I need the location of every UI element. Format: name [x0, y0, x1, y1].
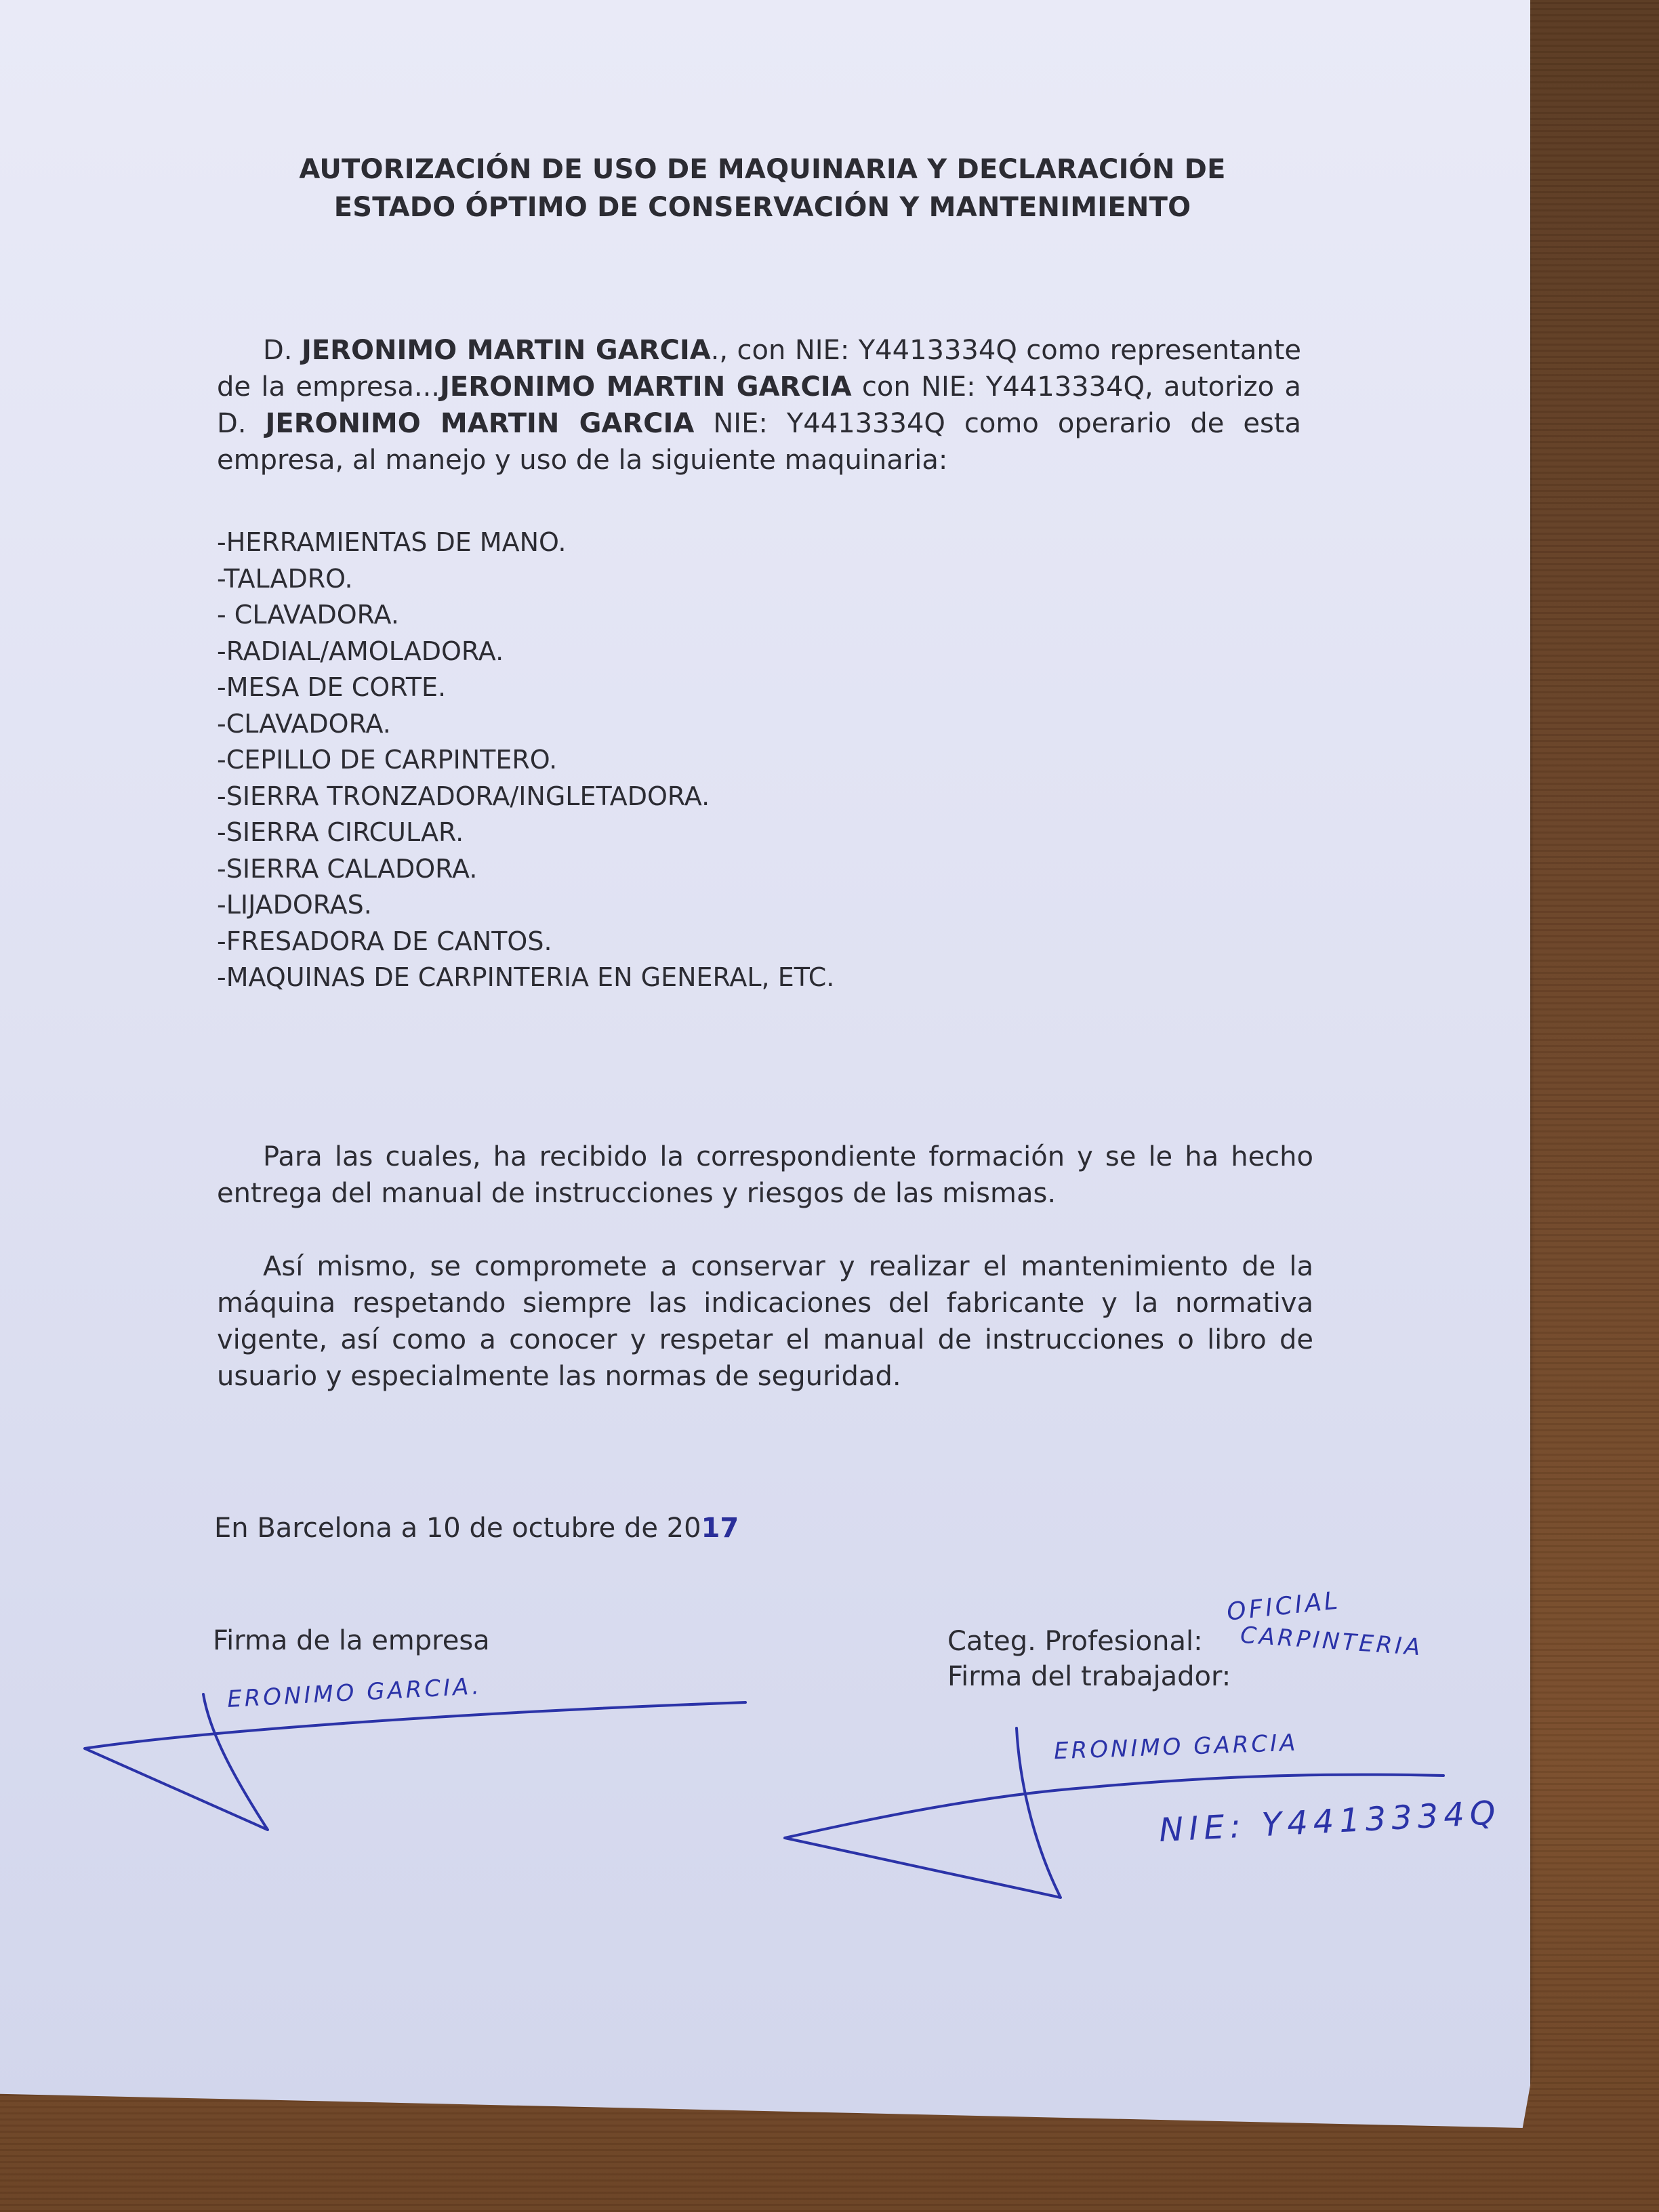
company-name: JERONIMO MARTIN GARCIA	[440, 371, 852, 403]
machinery-item: -FRESADORA DE CANTOS.	[217, 924, 834, 960]
maintenance-paragraph: Así mismo, se compromete a conservar y r…	[217, 1248, 1313, 1395]
training-paragraph: Para las cuales, ha recibido la correspo…	[217, 1139, 1313, 1212]
representative-name: JERONIMO MARTIN GARCIA	[302, 335, 711, 366]
date-printed: En Barcelona a 10 de octubre de 20	[214, 1513, 701, 1544]
machinery-item: -TALADRO.	[217, 561, 834, 598]
machinery-item: -MAQUINAS DE CARPINTERIA EN GENERAL, ETC…	[217, 960, 834, 996]
operator-name: JERONIMO MARTIN GARCIA	[266, 408, 695, 439]
title-line-1: AUTORIZACIÓN DE USO DE MAQUINARIA Y DECL…	[203, 150, 1322, 188]
title-line-2: ESTADO ÓPTIMO DE CONSERVACIÓN Y MANTENIM…	[203, 188, 1322, 226]
machinery-item: -SIERRA TRONZADORA/INGLETADORA.	[217, 779, 834, 815]
date-line: En Barcelona a 10 de octubre de 2017	[214, 1510, 739, 1547]
intro-prefix: D.	[217, 335, 302, 366]
intro-paragraph: D. JERONIMO MARTIN GARCIA., con NIE: Y44…	[217, 332, 1301, 478]
machinery-item: -CEPILLO DE CARPINTERO.	[217, 742, 834, 779]
machinery-item: -RADIAL/AMOLADORA.	[217, 634, 834, 670]
document-title: AUTORIZACIÓN DE USO DE MAQUINARIA Y DECL…	[203, 150, 1322, 226]
machinery-item: -MESA DE CORTE.	[217, 670, 834, 706]
worker-info-labels: Categ. Profesional: Firma del trabajador…	[947, 1624, 1231, 1694]
machinery-item: -LIJADORAS.	[217, 887, 834, 924]
machinery-item: - CLAVADORA.	[217, 597, 834, 634]
company-signature-label: Firma de la empresa	[213, 1625, 490, 1656]
machinery-item: -HERRAMIENTAS DE MANO.	[217, 525, 834, 561]
worker-signature-label: Firma del trabajador:	[947, 1659, 1231, 1694]
professional-category-label: Categ. Profesional:	[947, 1624, 1231, 1659]
date-handwritten-year: 17	[701, 1513, 739, 1544]
machinery-item: -CLAVADORA.	[217, 706, 834, 743]
machinery-item: -SIERRA CIRCULAR.	[217, 815, 834, 851]
machinery-item: -SIERRA CALADORA.	[217, 851, 834, 888]
machinery-list: -HERRAMIENTAS DE MANO. -TALADRO. - CLAVA…	[217, 525, 834, 996]
